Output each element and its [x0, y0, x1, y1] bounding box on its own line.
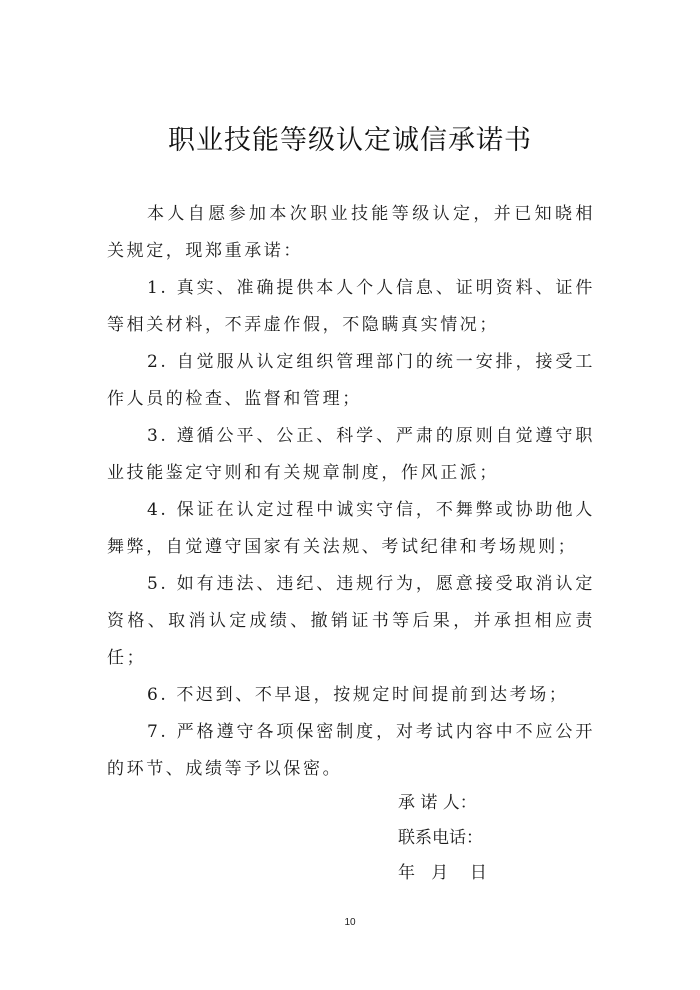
pledge-item-3: 3. 遵循公平、公正、科学、严肃的原则自觉遵守职业技能鉴定守则和有关规章制度，作… — [107, 418, 595, 492]
pledge-item-1: 1. 真实、准确提供本人个人信息、证明资料、证件等相关材料，不弄虚作假，不隐瞒真… — [107, 270, 595, 344]
signature-block: 承 诺 人： 联系电话： 年 月 日 — [398, 786, 487, 891]
phone-label: 联系电话： — [398, 821, 487, 856]
intro-paragraph: 本人自愿参加本次职业技能等级认定，并已知晓相关规定，现郑重承诺： — [107, 196, 595, 270]
pledge-item-2: 2. 自觉服从认定组织管理部门的统一安排，接受工作人员的检查、监督和管理； — [107, 344, 595, 418]
pledge-item-4: 4. 保证在认定过程中诚实守信，不舞弊或协助他人舞弊，自觉遵守国家有关法规、考试… — [107, 492, 595, 566]
page-number: 10 — [0, 917, 700, 928]
pledge-item-6: 6. 不迟到、不早退，按规定时间提前到达考场； — [107, 677, 595, 714]
promisor-label: 承 诺 人： — [398, 786, 487, 821]
date-label: 年 月 日 — [398, 856, 487, 891]
document-page: 职业技能等级认定诚信承诺书 本人自愿参加本次职业技能等级认定，并已知晓相关规定，… — [0, 0, 700, 990]
pledge-item-5: 5. 如有违法、违纪、违规行为，愿意接受取消认定资格、取消认定成绩、撤销证书等后… — [107, 566, 595, 677]
pledge-body: 本人自愿参加本次职业技能等级认定，并已知晓相关规定，现郑重承诺： 1. 真实、准… — [107, 196, 595, 788]
document-title: 职业技能等级认定诚信承诺书 — [0, 118, 700, 157]
pledge-item-7: 7. 严格遵守各项保密制度，对考试内容中不应公开的环节、成绩等予以保密。 — [107, 714, 595, 788]
